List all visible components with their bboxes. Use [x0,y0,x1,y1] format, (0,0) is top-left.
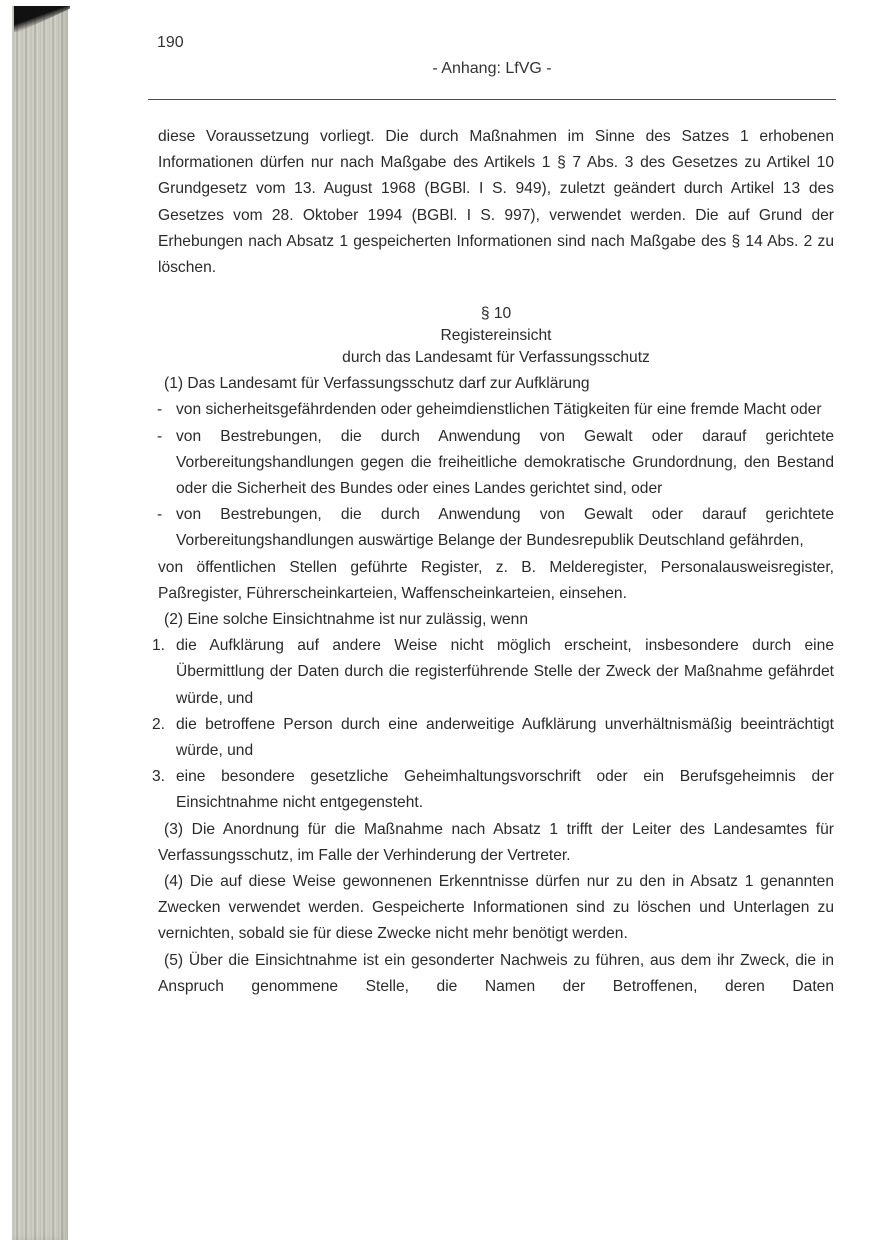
list-item: 1. die Aufklärung auf andere Weise nicht… [158,633,834,712]
absatz-5: (5) Über die Einsichtnahme ist ein geson… [158,948,834,1000]
page-body: diese Voraussetzung vorliegt. Die durch … [158,124,834,1000]
header-rule [148,99,836,100]
dash-marker: - [157,502,162,528]
number-marker: 2. [152,712,165,738]
list-item: - von Bestrebungen, die durch Anwendung … [158,424,834,503]
list-item: - von Bestrebungen, die durch Anwendung … [158,502,834,554]
list-item: 2. die betroffene Person durch eine ande… [158,712,834,764]
list-item-text: die betroffene Person durch eine anderwe… [176,712,834,764]
book-page-edges [12,6,68,1240]
dash-marker: - [157,424,162,450]
absatz-1-lead: (1) Das Landesamt für Verfassungsschutz … [158,371,834,397]
absatz-1-tail: von öffentlichen Stellen geführte Regist… [158,555,834,607]
list-item-text: eine besondere gesetzliche Geheimhaltung… [176,764,834,816]
page-number: 190 [157,34,184,52]
section-heading: § 10 Registereinsicht durch das Landesam… [158,303,834,369]
number-marker: 3. [152,764,165,790]
dash-marker: - [157,397,162,423]
intro-paragraph: diese Voraussetzung vorliegt. Die durch … [158,124,834,281]
list-item-text: von Bestrebungen, die durch Anwendung vo… [176,424,834,503]
section-subtitle: durch das Landesamt für Verfassungsschut… [158,347,834,369]
list-item-text: von Bestrebungen, die durch Anwendung vo… [176,502,834,554]
absatz-3: (3) Die Anordnung für die Maßnahme nach … [158,817,834,869]
absatz-4: (4) Die auf diese Weise gewonnenen Erken… [158,869,834,948]
section-title: Registereinsicht [158,325,834,347]
section-number: § 10 [158,303,834,325]
absatz-2-lead: (2) Eine solche Einsichtnahme ist nur zu… [158,607,834,633]
list-item: 3. eine besondere gesetzliche Geheimhalt… [158,764,834,816]
list-item-text: von sicherheitsgefährdenden oder geheimd… [176,397,834,423]
number-marker: 1. [152,633,165,659]
running-head: - Anhang: LfVG - [148,60,836,78]
list-item: - von sicherheitsgefährdenden oder gehei… [158,397,834,423]
list-item-text: die Aufklärung auf andere Weise nicht mö… [176,633,834,712]
